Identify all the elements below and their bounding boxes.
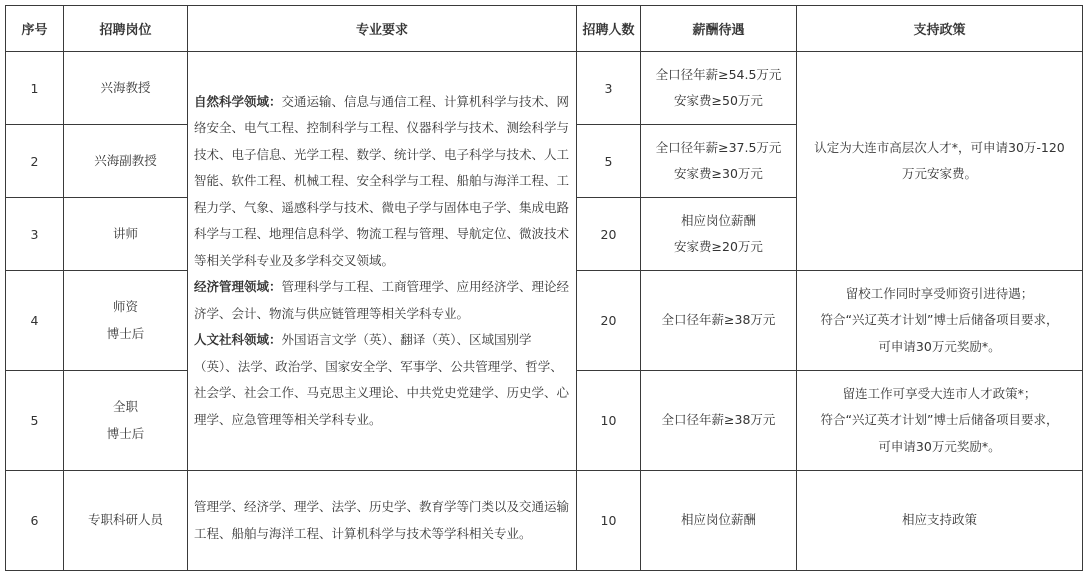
salary-line: 安家费≥30万元	[641, 161, 796, 188]
header-count: 招聘人数	[577, 6, 641, 52]
salary-line: 相应岗位薪酬	[641, 208, 796, 235]
row-count: 5	[577, 125, 641, 198]
row-requirement: 管理学、经济学、理学、法学、历史学、教育学等门类以及交通运输工程、船舶与海洋工程…	[188, 471, 577, 571]
header-salary: 薪酬待遇	[641, 6, 797, 52]
row-count: 10	[577, 371, 641, 471]
field-label: 自然科学领域：	[194, 94, 282, 109]
recruitment-table: 序号 招聘岗位 专业要求 招聘人数 薪酬待遇 支持政策 1 兴海教授 自然科学领…	[5, 5, 1083, 571]
requirement-economics-management: 经济管理领域：管理科学与工程、工商管理学、应用经济学、理论经济学、会计、物流与供…	[194, 274, 571, 327]
salary-line: 全口径年薪≥38万元	[641, 407, 796, 434]
row-position: 兴海副教授	[64, 125, 188, 198]
salary-line: 全口径年薪≥38万元	[641, 307, 796, 334]
policy-line: 留校工作同时享受师资引进待遇；	[797, 281, 1082, 308]
position-line: 全职	[64, 394, 187, 421]
position-line: 兴海副教授	[64, 148, 187, 175]
policy-line: 可申请30万元奖励*。	[797, 334, 1082, 361]
row-position: 讲师	[64, 198, 188, 271]
position-line: 专职科研人员	[64, 507, 187, 534]
header-row: 序号 招聘岗位 专业要求 招聘人数 薪酬待遇 支持政策	[6, 6, 1083, 52]
row-salary: 相应岗位薪酬 安家费≥20万元	[641, 198, 797, 271]
row-policy: 留连工作可享受大连市人才政策*； 符合“兴辽英才计划”博士后储备项目要求， 可申…	[797, 371, 1083, 471]
row-count: 10	[577, 471, 641, 571]
row-index: 5	[6, 371, 64, 471]
row-position: 全职 博士后	[64, 371, 188, 471]
policy-line: 符合“兴辽英才计划”博士后储备项目要求，	[797, 407, 1082, 434]
row-position: 师资 博士后	[64, 271, 188, 371]
row-position: 专职科研人员	[64, 471, 188, 571]
position-line: 博士后	[64, 421, 187, 448]
row-salary: 全口径年薪≥37.5万元 安家费≥30万元	[641, 125, 797, 198]
table-row: 6 专职科研人员 管理学、经济学、理学、法学、历史学、教育学等门类以及交通运输工…	[6, 471, 1083, 571]
row-salary: 相应岗位薪酬	[641, 471, 797, 571]
policy-line: 符合“兴辽英才计划”博士后储备项目要求，	[797, 307, 1082, 334]
header-requirement: 专业要求	[188, 6, 577, 52]
policy-line: 万元安家费。	[797, 161, 1082, 188]
row-index: 4	[6, 271, 64, 371]
field-label: 人文社科领域：	[194, 332, 282, 347]
policy-line: 留连工作可享受大连市人才政策*；	[797, 381, 1082, 408]
requirement-shared-cell: 自然科学领域：交通运输、信息与通信工程、计算机科学与技术、网络安全、电气工程、控…	[188, 52, 577, 471]
field-text: 交通运输、信息与通信工程、计算机科学与技术、网络安全、电气工程、控制科学与工程、…	[194, 94, 569, 268]
row-policy: 相应支持政策	[797, 471, 1083, 571]
row-index: 1	[6, 52, 64, 125]
position-line: 师资	[64, 294, 187, 321]
row-count: 3	[577, 52, 641, 125]
row-salary: 全口径年薪≥38万元	[641, 271, 797, 371]
header-index: 序号	[6, 6, 64, 52]
row-index: 6	[6, 471, 64, 571]
policy-line: 认定为大连市高层次人才*，可申请30万-120	[797, 135, 1082, 162]
row-index: 3	[6, 198, 64, 271]
position-line: 兴海教授	[64, 75, 187, 102]
row-index: 2	[6, 125, 64, 198]
position-line: 讲师	[64, 221, 187, 248]
row-position: 兴海教授	[64, 52, 188, 125]
salary-line: 全口径年薪≥37.5万元	[641, 135, 796, 162]
requirement-natural-science: 自然科学领域：交通运输、信息与通信工程、计算机科学与技术、网络安全、电气工程、控…	[194, 89, 571, 275]
requirement-humanities-social: 人文社科领域：外国语言文学（英）、翻译（英）、区域国别学（英）、法学、政治学、国…	[194, 327, 571, 433]
row-policy: 留校工作同时享受师资引进待遇； 符合“兴辽英才计划”博士后储备项目要求， 可申请…	[797, 271, 1083, 371]
policy-line: 相应支持政策	[797, 507, 1082, 534]
position-line: 博士后	[64, 321, 187, 348]
salary-line: 安家费≥50万元	[641, 88, 796, 115]
row-count: 20	[577, 271, 641, 371]
header-policy: 支持政策	[797, 6, 1083, 52]
row-salary: 全口径年薪≥54.5万元 安家费≥50万元	[641, 52, 797, 125]
salary-line: 全口径年薪≥54.5万元	[641, 62, 796, 89]
table-row: 1 兴海教授 自然科学领域：交通运输、信息与通信工程、计算机科学与技术、网络安全…	[6, 52, 1083, 125]
field-label: 经济管理领域：	[194, 279, 282, 294]
row-count: 20	[577, 198, 641, 271]
policy-shared-cell: 认定为大连市高层次人才*，可申请30万-120 万元安家费。	[797, 52, 1083, 271]
policy-line: 可申请30万元奖励*。	[797, 434, 1082, 461]
row-salary: 全口径年薪≥38万元	[641, 371, 797, 471]
salary-line: 相应岗位薪酬	[641, 507, 796, 534]
header-position: 招聘岗位	[64, 6, 188, 52]
salary-line: 安家费≥20万元	[641, 234, 796, 261]
